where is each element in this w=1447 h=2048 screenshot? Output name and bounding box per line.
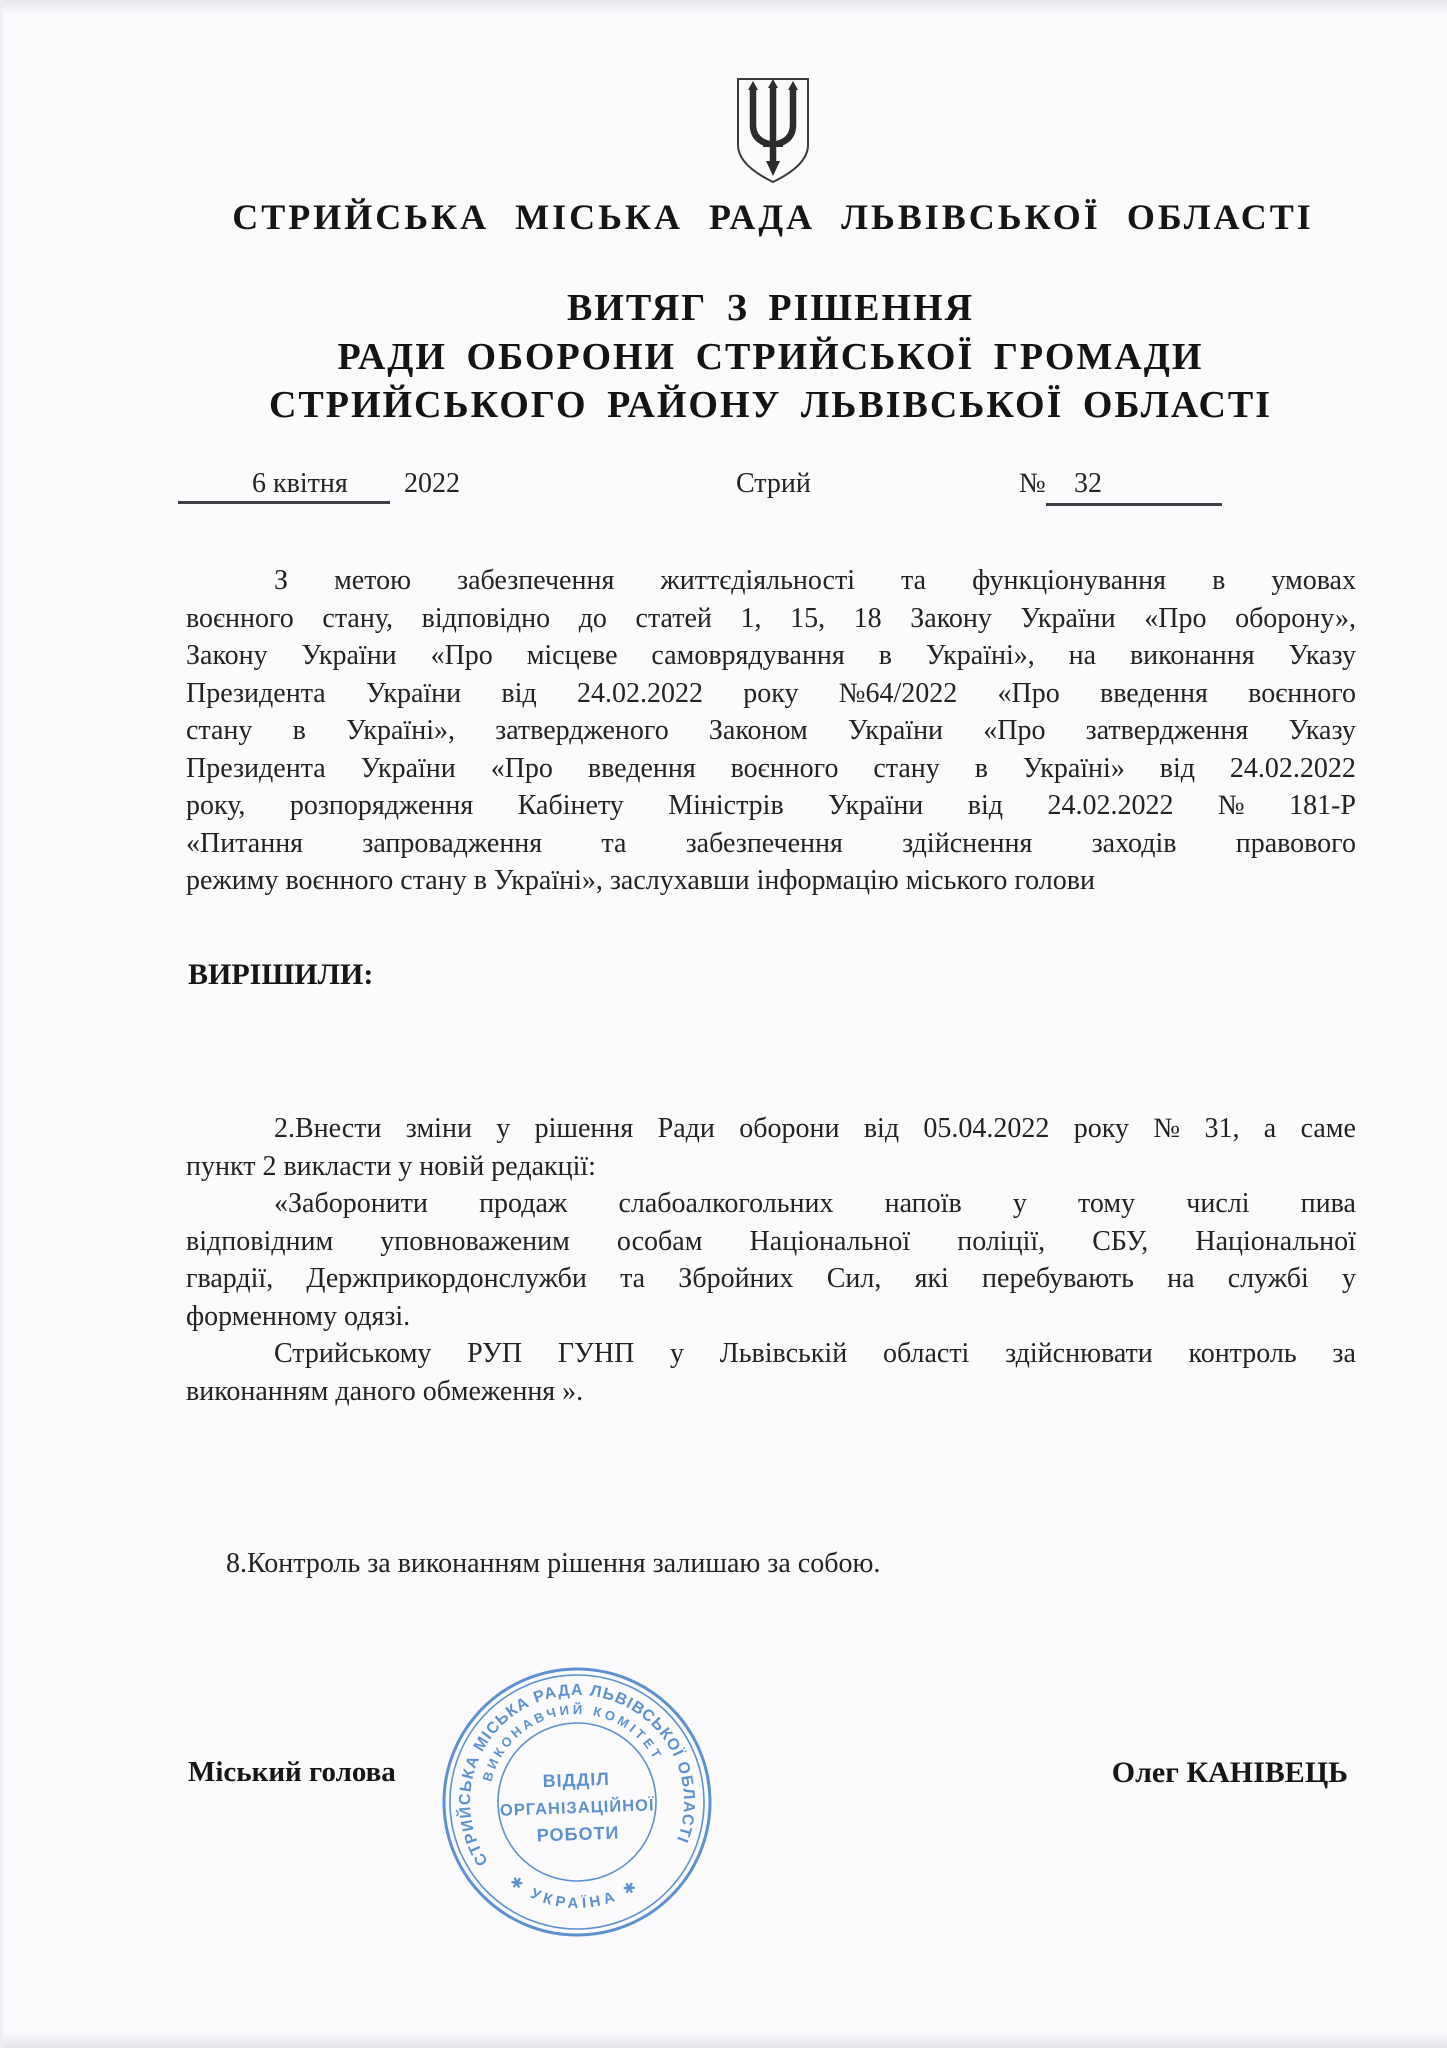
text-line: СтрийськомуРУПГУНПуЛьвівськійобластіздій… [186, 1335, 1356, 1373]
official-round-stamp: СТРИЙСЬКА МІСЬКА РАДА ЛЬВІВСЬКОЇ ОБЛАСТІ… [432, 1657, 722, 1947]
text-line: ЗаконуУкраїни«ПромісцевесамоврядуваннявУ… [186, 637, 1356, 675]
title-line-3: СТРИЙСЬКОГО РАЙОНУ ЛЬВІВСЬКОЇ ОБЛАСТІ [98, 381, 1443, 430]
text-line: воєнногостану,відповіднодостатей1,15,18З… [186, 600, 1356, 638]
stamp-center-line-3: РОБОТИ [536, 1823, 619, 1846]
text-line: гвардії,ДержприкордонслужбитаЗбройнихСил… [186, 1260, 1356, 1298]
stamp-center-line-1: ВІДДІЛ [542, 1769, 610, 1791]
text-line: ПрезидентаУкраїни«Провведеннявоєнногоста… [186, 750, 1356, 788]
text-line: ПрезидентаУкраїнивід24.02.2022року№64/20… [186, 675, 1356, 713]
place-value: Стрий [736, 468, 811, 500]
stamp-center-line-2: ОРГАНІЗАЦІЙНОЇ [500, 1795, 655, 1819]
scan-edge-bottom [0, 2032, 1447, 2048]
text-line: Зметоюзабезпеченняжиттєдіяльностітафункц… [186, 562, 1356, 600]
text-line: режиму воєнного стану в Україні», заслух… [186, 862, 1356, 900]
text-line: виконанням даного обмеження ». [186, 1373, 1356, 1411]
scan-edge-top [0, 0, 1447, 14]
ukraine-trident-emblem-icon [733, 75, 813, 187]
text-line: року,розпорядженняКабінетуМіністрівУкраї… [186, 787, 1356, 825]
resolved-heading: ВИРІШИЛИ: [188, 958, 373, 992]
scanned-decision-document: СТРИЙСЬКА МІСЬКА РАДА ЛЬВІВСЬКОЇ ОБЛАСТІ… [0, 0, 1447, 2048]
text-line: «Питаннязапровадженнятазабезпеченняздійс… [186, 825, 1356, 863]
title-line-1: ВИТЯГ З РІШЕННЯ [98, 284, 1443, 333]
organization-name: СТРИЙСЬКА МІСЬКА РАДА ЛЬВІВСЬКОЇ ОБЛАСТІ [133, 196, 1413, 238]
text-line: пункт 2 викласти у новій редакції: [186, 1148, 1356, 1186]
number-underline [1046, 503, 1222, 506]
document-number: 32 [1074, 468, 1102, 500]
date-value: 6 квітня [252, 468, 348, 500]
number-sign: № [1019, 468, 1046, 500]
dateline: 6 квітня 2022 Стрий № 32 [186, 468, 1356, 512]
year-value: 2022 [404, 468, 460, 500]
stamp-ring-bottom-text: ✱ УКРАЇНА ✱ [506, 1869, 642, 1915]
title-line-2: РАДИ ОБОРОНИ СТРИЙСЬКОЇ ГРОМАДИ [98, 333, 1443, 382]
preamble-paragraph: Зметоюзабезпеченняжиттєдіяльностітафункц… [186, 562, 1356, 900]
decision-paragraph: 2.ВнестизміниурішенняРадиоборонивід05.04… [186, 1110, 1356, 1410]
text-line: «Заборонитипродажслабоалкогольнихнапоїву… [186, 1185, 1356, 1223]
signatory-position: Міський голова [188, 1756, 396, 1789]
text-line: відповіднимуповноваженимособамНаціональн… [186, 1223, 1356, 1261]
signatory-name: Олег КАНІВЕЦЬ [1112, 1756, 1348, 1790]
control-clause: 8.Контроль за виконанням рішення залишаю… [226, 1548, 880, 1580]
scan-edge-left [0, 0, 5, 2048]
text-line: 2.ВнестизміниурішенняРадиоборонивід05.04… [186, 1110, 1356, 1148]
text-line: форменному одязі. [186, 1298, 1356, 1336]
text-line: станувУкраїні»,затвердженогоЗакономУкраї… [186, 712, 1356, 750]
document-title: ВИТЯГ З РІШЕННЯ РАДИ ОБОРОНИ СТРИЙСЬКОЇ … [98, 284, 1443, 430]
svg-text:✱ УКРАЇНА ✱: ✱ УКРАЇНА ✱ [506, 1869, 642, 1915]
date-underline [178, 501, 390, 504]
